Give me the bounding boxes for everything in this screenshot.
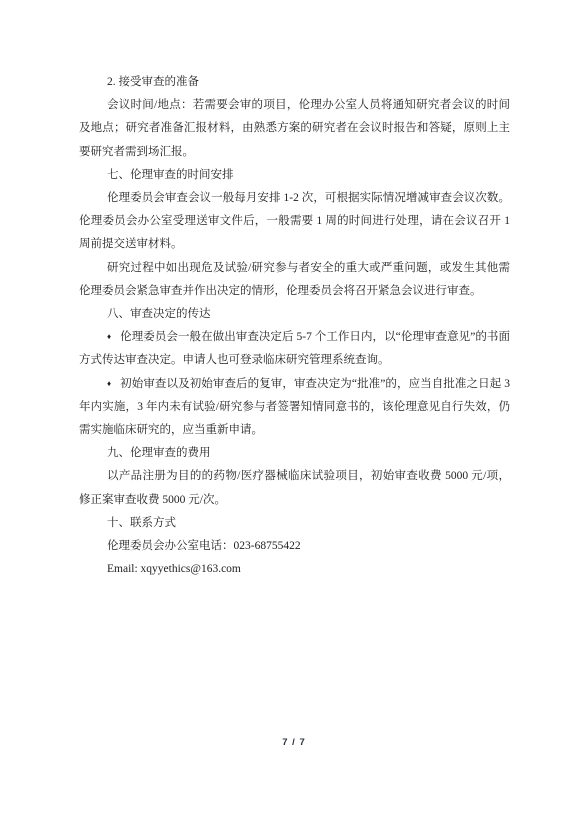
paragraph-text: 七、伦理审查的时间安排 (107, 169, 234, 181)
paragraph-text: Email: xqyyethics@163.com (107, 563, 241, 575)
bullet-paragraph: ♦初始审查以及初始审查后的复审，审查决定为“批准”的，应当自批准之日起 3 年内… (79, 373, 510, 443)
paragraph-text: 伦理委员会审查会议一般每月安排 1-2 次，可根据实际情况增减审查会议次数。伦理… (79, 192, 510, 250)
paragraph: 伦理委员会审查会议一般每月安排 1-2 次，可根据实际情况增减审查会议次数。伦理… (79, 187, 510, 257)
paragraph: 会议时间/地点：若需要会审的项目，伦理办公室人员将通知研究者会议的时间及地点；研… (79, 94, 510, 164)
paragraph-text: 八、审查决定的传达 (107, 308, 211, 320)
paragraph-text: 九、伦理审查的费用 (107, 447, 211, 459)
section-heading: 七、伦理审查的时间安排 (79, 164, 510, 187)
page-number: 7 / 7 (0, 737, 588, 748)
paragraph-text: 2. 接受审查的准备 (107, 76, 199, 88)
paragraph-text: 十、联系方式 (107, 517, 176, 529)
paragraph-text: 伦理委员会一般在做出审查决定后 5-7 个工作日内，以“伦理审查意见”的书面方式… (79, 331, 510, 366)
paragraph: 以产品注册为目的的药物/医疗器械临床试验项目，初始审查收费 5000 元/项，修… (79, 465, 510, 511)
paragraph: 伦理委员会办公室电话：023-68755422 (79, 535, 510, 558)
section-heading: 2. 接受审查的准备 (79, 71, 510, 94)
bullet-diamond-icon: ♦ (107, 380, 111, 388)
section-heading: 九、伦理审查的费用 (79, 442, 510, 465)
document-body: 2. 接受审查的准备会议时间/地点：若需要会审的项目，伦理办公室人员将通知研究者… (79, 71, 510, 581)
paragraph-text: 以产品注册为目的的药物/医疗器械临床试验项目，初始审查收费 5000 元/项，修… (79, 470, 510, 505)
paragraph-text: 研究过程中如出现危及试验/研究参与者安全的重大或严重问题，或发生其他需伦理委员会… (79, 262, 510, 297)
bullet-paragraph: ♦伦理委员会一般在做出审查决定后 5-7 个工作日内，以“伦理审查意见”的书面方… (79, 326, 510, 372)
section-heading: 八、审查决定的传达 (79, 303, 510, 326)
paragraph-text: 伦理委员会办公室电话：023-68755422 (107, 540, 301, 552)
paragraph-text: 会议时间/地点：若需要会审的项目，伦理办公室人员将通知研究者会议的时间及地点；研… (79, 99, 510, 157)
document-page: 2. 接受审查的准备会议时间/地点：若需要会审的项目，伦理办公室人员将通知研究者… (0, 0, 588, 832)
paragraph: Email: xqyyethics@163.com (79, 558, 510, 581)
section-heading: 十、联系方式 (79, 512, 510, 535)
paragraph: 研究过程中如出现危及试验/研究参与者安全的重大或严重问题，或发生其他需伦理委员会… (79, 257, 510, 303)
bullet-diamond-icon: ♦ (107, 333, 111, 341)
paragraph-text: 初始审查以及初始审查后的复审，审查决定为“批准”的，应当自批准之日起 3 年内实… (79, 378, 510, 436)
